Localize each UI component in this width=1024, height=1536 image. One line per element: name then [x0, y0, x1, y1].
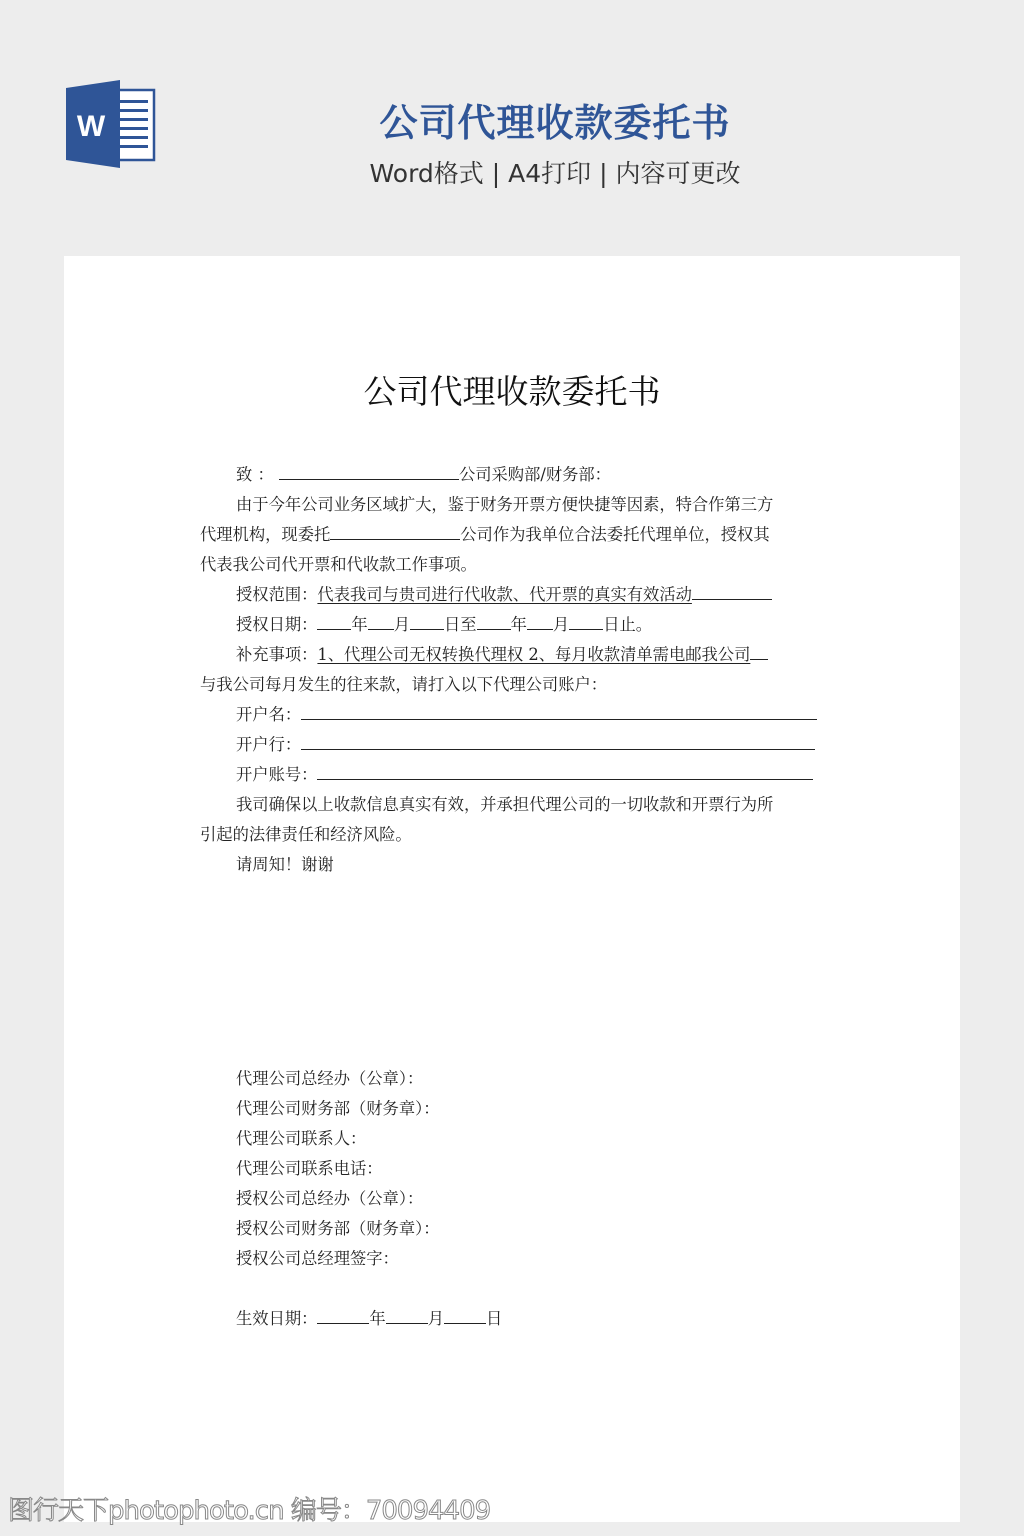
header-title: 公司代理收款委托书 [300, 92, 810, 147]
signature-line: 授权公司总经理签字： [236, 1244, 440, 1274]
date-part: 月 [428, 1309, 444, 1328]
para1-line2-a: 代理机构，现委托 [200, 525, 330, 544]
extra-blank [750, 640, 768, 660]
svg-text:W: W [77, 110, 106, 143]
effective-year-blank[interactable] [317, 1304, 369, 1324]
account-bank-line: 开户行： [200, 730, 826, 760]
date-part: 月 [394, 615, 410, 634]
account-number-label: 开户账号： [236, 765, 317, 784]
signature-line: 代理公司联系电话： [236, 1154, 440, 1184]
para1-line3: 代表我公司代开票和代收款工作事项。 [200, 550, 826, 580]
date-part: 日止。 [603, 615, 652, 634]
to-suffix: 公司采购部/财务部： [459, 465, 611, 484]
signature-line: 代理公司总经办（公章）： [236, 1064, 440, 1094]
signature-block: 代理公司总经办（公章）： 代理公司财务部（财务章）： 代理公司联系人： 代理公司… [236, 1064, 440, 1274]
word-doc-icon: W [64, 80, 158, 168]
date-part: 日至 [444, 615, 477, 634]
para1-line2: 代理机构，现委托公司作为我单位合法委托代理单位，授权其 [200, 520, 826, 550]
account-bank-blank[interactable] [301, 730, 815, 750]
document-title: 公司代理收款委托书 [64, 366, 960, 413]
extra-line: 补充事项：1、代理公司无权转换代理权 2、每月收款清单需电邮我公司 [200, 640, 826, 670]
to-prefix: 致 ： [236, 465, 274, 484]
scope-label: 授权范围： [236, 585, 317, 604]
end-day-blank[interactable] [569, 610, 603, 630]
scope-value: 代表我司与贵司进行代收款、代开票的真实有效活动 [317, 585, 691, 604]
extra-label: 补充事项： [236, 645, 317, 664]
document-body: 致 ： 公司采购部/财务部： 由于今年公司业务区域扩大，鉴于财务开票方便快捷等因… [200, 460, 826, 880]
document-page: 公司代理收款委托书 致 ： 公司采购部/财务部： 由于今年公司业务区域扩大，鉴于… [64, 256, 960, 1522]
date-line: 授权日期：年月日至年月日止。 [200, 610, 826, 640]
guarantee-line2: 引起的法律责任和经济风险。 [200, 820, 826, 850]
account-number-line: 开户账号： [200, 760, 826, 790]
date-part: 月 [553, 615, 569, 634]
signature-line: 代理公司财务部（财务章）： [236, 1094, 440, 1124]
signature-line: 代理公司联系人： [236, 1124, 440, 1154]
start-month-blank[interactable] [368, 610, 394, 630]
scope-blank [692, 580, 772, 600]
closing-line: 请周知！谢谢 [200, 850, 826, 880]
to-line: 致 ： 公司采购部/财务部： [200, 460, 826, 490]
agent-company-blank[interactable] [330, 520, 460, 540]
end-year-blank[interactable] [477, 610, 511, 630]
account-intro: 与我公司每月发生的往来款，请打入以下代理公司账户： [200, 670, 826, 700]
account-name-line: 开户名： [200, 700, 826, 730]
date-label: 授权日期： [236, 615, 317, 634]
date-part: 日 [486, 1309, 502, 1328]
recipient-blank[interactable] [279, 460, 459, 480]
guarantee-line1: 我司确保以上收款信息真实有效，并承担代理公司的一切收款和开票行为所 [200, 790, 826, 820]
effective-month-blank[interactable] [386, 1304, 428, 1324]
watermark: 图行天下photophoto.cn 编号：70094409 [8, 1490, 490, 1527]
effective-day-blank[interactable] [444, 1304, 486, 1324]
date-part: 年 [351, 615, 367, 634]
para1-line2-b: 公司作为我单位合法委托代理单位，授权其 [460, 525, 769, 544]
signature-line: 授权公司财务部（财务章）： [236, 1214, 440, 1244]
extra-value: 1、代理公司无权转换代理权 2、每月收款清单需电邮我公司 [317, 645, 750, 664]
account-bank-label: 开户行： [236, 735, 301, 754]
start-day-blank[interactable] [410, 610, 444, 630]
account-name-label: 开户名： [236, 705, 301, 724]
scope-line: 授权范围：代表我司与贵司进行代收款、代开票的真实有效活动 [200, 580, 826, 610]
date-part: 年 [369, 1309, 385, 1328]
date-part: 年 [511, 615, 527, 634]
account-name-blank[interactable] [301, 700, 817, 720]
end-month-blank[interactable] [527, 610, 553, 630]
effective-date-line: 生效日期：年月日 [236, 1304, 502, 1334]
header: W 公司代理收款委托书 Word格式 | A4打印 | 内容可更改 [0, 0, 1024, 256]
start-year-blank[interactable] [317, 610, 351, 630]
effective-label: 生效日期： [236, 1309, 317, 1328]
signature-line: 授权公司总经办（公章）： [236, 1184, 440, 1214]
header-subtitle: Word格式 | A4打印 | 内容可更改 [300, 154, 810, 190]
para1-line1: 由于今年公司业务区域扩大，鉴于财务开票方便快捷等因素，特合作第三方 [200, 490, 826, 520]
account-number-blank[interactable] [317, 760, 813, 780]
